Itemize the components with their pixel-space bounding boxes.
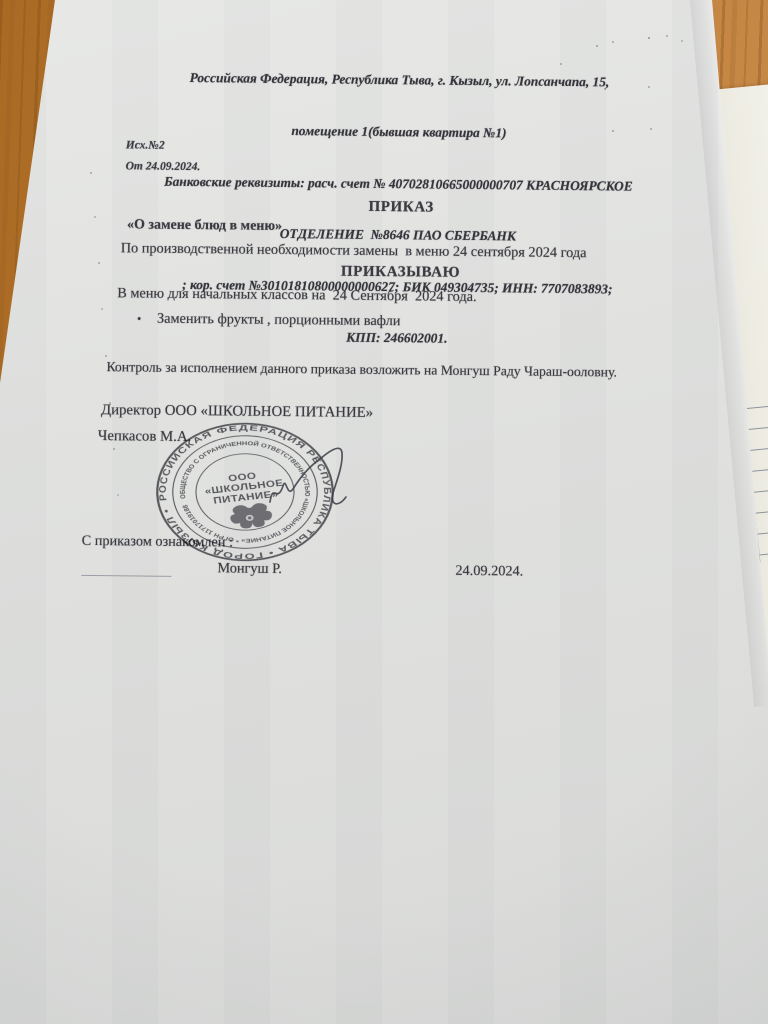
- outgoing-date: От 24.09.2024.: [126, 160, 201, 173]
- toner-specks: [0, 0, 2, 2]
- acknowledged-date: 24.09.2024.: [455, 563, 523, 581]
- letterhead-line: Банковские реквизиты: расч. счет № 40702…: [86, 172, 710, 196]
- outgoing-number: Исх.№2: [126, 139, 165, 151]
- bullet-marker: •: [137, 311, 141, 326]
- order-subject: «О замене блюд в меню»: [127, 217, 282, 235]
- bullet-item: Заменить фрукты , порционными вафли: [157, 311, 401, 331]
- letterhead-line: Российская Федерация, Республика Тыва, г…: [87, 68, 711, 92]
- photo-of-document: Российская Федерация, Республика Тыва, г…: [0, 0, 768, 1024]
- signature-line: [81, 575, 171, 577]
- document-content: Российская Федерация, Республика Тыва, г…: [0, 0, 768, 1024]
- letterhead-line: помещение 1(бывшая квартира №1): [87, 120, 711, 144]
- handwritten-signature: [258, 436, 358, 521]
